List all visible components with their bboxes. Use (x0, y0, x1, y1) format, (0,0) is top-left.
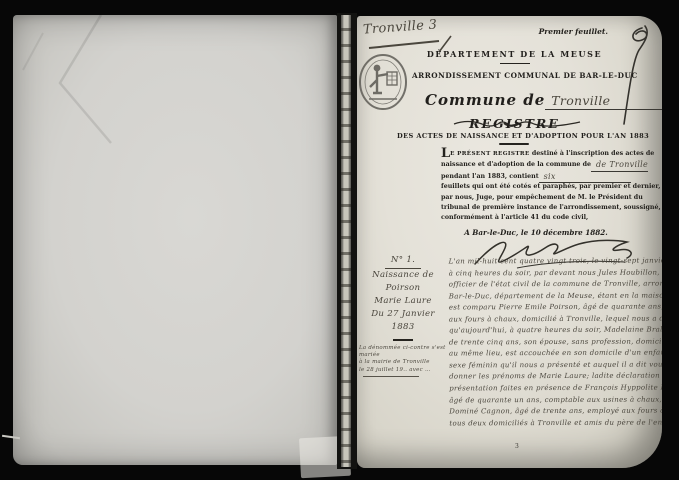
left-blank-page (13, 15, 337, 465)
margin-rule (393, 339, 413, 341)
commune-fill-handwritten: de Tronville (591, 160, 648, 171)
preamble-line: pendant l'an 1883, contientsix (441, 171, 631, 182)
preamble-line: feuillets qui ont été cotés et paraphés,… (441, 182, 631, 192)
act-line: Dominé Cagnon, âgé de trente ans, employ… (449, 406, 662, 418)
preamble-line: LE PRÉSENT REGISTRE destiné à l'inscript… (441, 149, 631, 159)
divider-rule (499, 143, 529, 145)
act-margin-block: N° 1. Naissance de Poirson Marie Laure D… (359, 254, 447, 377)
preamble-line: conformément à l'article 41 du code civi… (441, 213, 631, 223)
register-subtitle: DES ACTES DE NAISSANCE ET D'ADOPTION POU… (397, 132, 632, 140)
preamble-line: par nous, Juge, pour empêchement de M. l… (441, 193, 631, 203)
act-surname: Poirson (359, 282, 447, 295)
act-number: N° 1. (385, 254, 421, 269)
act-line: présentation faites en présence de Franç… (449, 383, 662, 395)
act-line: sexe féminin qu'il nous a présenté et au… (449, 359, 662, 371)
preamble-paragraph: LE PRÉSENT REGISTRE destiné à l'inscript… (441, 149, 631, 224)
commune-handwritten-name: Tronville (545, 93, 662, 110)
official-stamp-icon (357, 53, 409, 113)
arrondissement-heading: ARRONDISSEMENT COMMUNAL DE BAR-LE-DUC (412, 71, 617, 80)
register-scan: Tronville 3 Premier feuillet. DÉPARTEMEN… (0, 0, 679, 480)
act-line: Bar-le-Duc, département de la Meuse, éta… (449, 290, 662, 302)
act-date: Du 27 Janvier 1883 (359, 308, 447, 334)
paper-crease (13, 15, 173, 155)
act-line: donner les prénoms de Marie Laure; ladit… (449, 371, 662, 383)
commune-printed-label: Commune de (425, 91, 545, 109)
margin-note-rule (363, 376, 419, 377)
birth-act-text: L'an mil-huit cent quatre vingt trois, l… (449, 256, 662, 430)
book-binding (337, 13, 357, 469)
preamble-line: tribunal de première instance de l'arron… (441, 203, 631, 213)
act-line: tous deux domiciliés à Tronville et amis… (449, 417, 662, 429)
preamble-line: naissance et d'adoption de la commune de… (441, 159, 631, 170)
act-line: officier de l'état civil de la commune d… (449, 279, 662, 291)
act-line: âgé de quarante un ans, comptable aux us… (449, 394, 662, 406)
register-title-page: Tronville 3 Premier feuillet. DÉPARTEMEN… (357, 16, 662, 468)
department-heading: DÉPARTEMENT DE LA MEUSE (412, 49, 617, 59)
folio-count-handwritten: six (539, 172, 631, 183)
act-given-names: Marie Laure (359, 295, 447, 308)
divider-rule (500, 63, 530, 64)
register-title: REGISTRE (412, 116, 617, 131)
act-type: Naissance de (359, 269, 447, 282)
page-mark: 3 (515, 443, 519, 450)
act-line: aux fours à chaux, domicilié à Tronville… (449, 313, 662, 325)
act-line: à cinq heures du soir, par devant nous J… (449, 267, 662, 279)
act-line: est comparu Pierre Emile Poirson, âgé de… (449, 302, 662, 314)
binding-stitch-strip (341, 15, 351, 467)
act-line: L'an mil-huit cent quatre vingt trois, l… (449, 256, 662, 268)
marginal-mention: La dénommée ci-contre s'est mariée à la … (359, 345, 447, 374)
act-line: au même lieu, est accouchée en son domic… (449, 348, 662, 360)
act-line: de trente cinq ans, son épouse, sans pro… (449, 336, 662, 348)
act-line: qu'aujourd'hui, à quatre heures du soir,… (449, 325, 662, 337)
